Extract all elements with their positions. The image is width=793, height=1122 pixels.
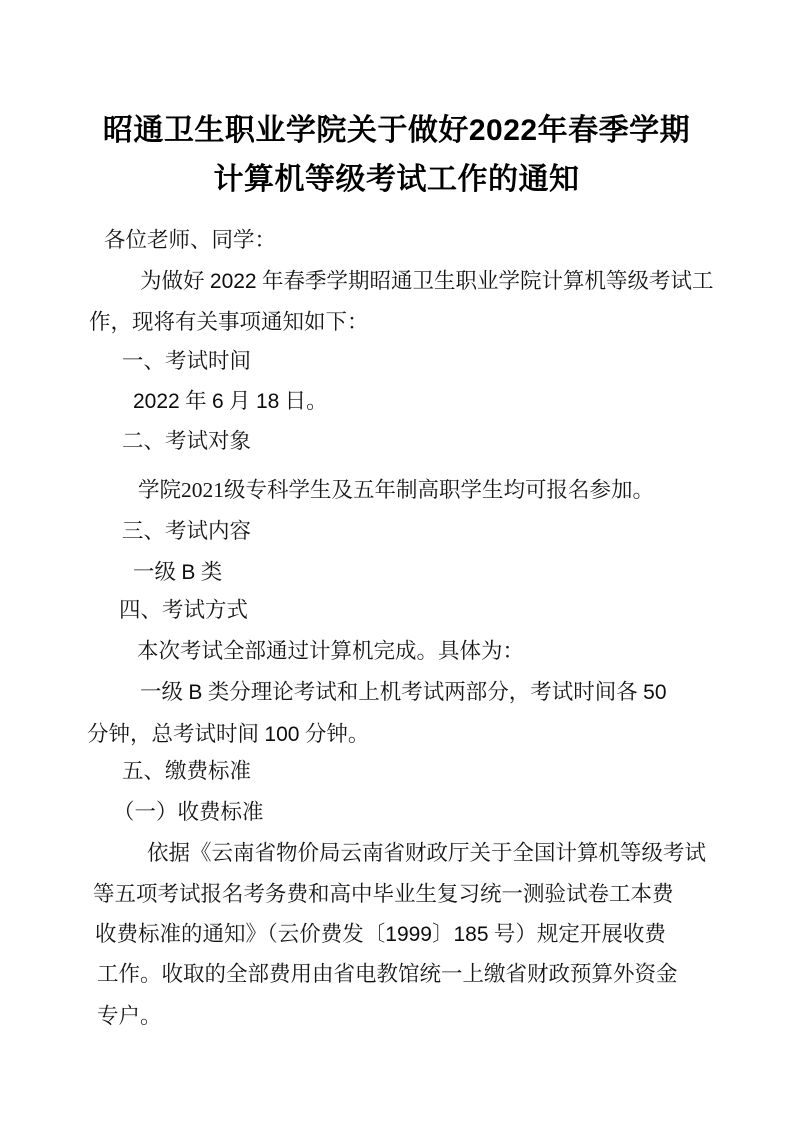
section-1-heading: 一、考试时间 xyxy=(122,345,251,377)
exam-method-line-2: 一级 B 类分理论考试和上机考试两部分，考试时间各 50 xyxy=(140,676,667,709)
text-segment: 一级 xyxy=(140,680,188,704)
day-number: 18 xyxy=(256,390,279,413)
fee-basis-line-4: 工作。收取的全部费用由省电教馆统一上缴省财政预算外资金 xyxy=(97,958,678,990)
section-4-heading: 四、考试方式 xyxy=(119,594,248,626)
text-segment: 年春季学期昭通卫生职业学院计算机等级考试工 xyxy=(257,269,714,293)
text-segment: 年 xyxy=(180,389,212,413)
document-year-number: 1999 xyxy=(385,923,432,946)
year-number: 2022 xyxy=(210,270,257,293)
text-segment: 一级 xyxy=(133,560,181,584)
minutes-number: 50 xyxy=(643,681,666,704)
text-segment: 分钟，总考试时间 xyxy=(87,722,264,746)
exam-date-line: 2022 年 6 月 18 日。 xyxy=(133,385,328,418)
text-segment: 号）规定开展收费 xyxy=(489,922,666,946)
text-segment: 类 xyxy=(195,560,222,584)
exam-method-line-1: 本次考试全部通过计算机完成。具体为： xyxy=(137,635,524,667)
month-number: 6 xyxy=(212,390,224,413)
total-minutes-number: 100 xyxy=(264,723,299,746)
text-segment: 月 xyxy=(224,389,256,413)
intro-line-1: 为做好 2022 年春季学期昭通卫生职业学院计算机等级考试工 xyxy=(140,265,714,298)
fee-basis-line-3: 收费标准的通知》（云价费发〔1999〕185 号）规定开展收费 xyxy=(95,918,666,951)
text-segment: 分钟。 xyxy=(299,722,369,746)
text-segment: 收费标准的通知》（云价费发〔 xyxy=(95,922,385,946)
document-title-line1: 昭通卫生职业学院关于做好2022年春季学期 xyxy=(0,107,793,155)
fee-basis-line-1: 依据《云南省物价局云南省财政厅关于全国计算机等级考试 xyxy=(147,837,706,869)
text-segment: 类分理论考试和上机考试两部分，考试时间各 xyxy=(202,680,643,704)
year-number: 2022 xyxy=(133,390,180,413)
section-5-heading: 五、缴费标准 xyxy=(122,755,251,787)
fee-basis-line-5: 专户。 xyxy=(97,1000,162,1032)
section-2-heading: 二、考试对象 xyxy=(122,425,251,457)
fee-basis-line-2: 等五项考试报名考务费和高中毕业生复习统一测验试卷工本费 xyxy=(93,878,674,910)
exam-level-line: 一级 B 类 xyxy=(133,556,222,589)
section-3-heading: 三、考试内容 xyxy=(122,515,251,547)
level-letter: B xyxy=(181,561,195,584)
text-segment: 日。 xyxy=(279,389,327,413)
text-segment: 〕 xyxy=(432,922,454,946)
level-letter: B xyxy=(188,681,202,704)
text-segment: 为做好 xyxy=(140,269,210,293)
exam-candidates-line: 学院2021级专科学生及五年制高职学生均可报名参加。 xyxy=(138,474,654,506)
document-title-line2: 计算机等级考试工作的通知 xyxy=(0,156,793,204)
intro-line-2: 作，现将有关事项通知如下： xyxy=(89,306,369,338)
exam-method-line-3: 分钟，总考试时间 100 分钟。 xyxy=(87,718,369,751)
document-issue-number: 185 xyxy=(454,923,489,946)
document-page: 昭通卫生职业学院关于做好2022年春季学期 计算机等级考试工作的通知 各位老师、… xyxy=(0,0,793,1122)
salutation: 各位老师、同学： xyxy=(104,224,276,256)
subsection-1-heading: （一）收费标准 xyxy=(113,796,264,828)
